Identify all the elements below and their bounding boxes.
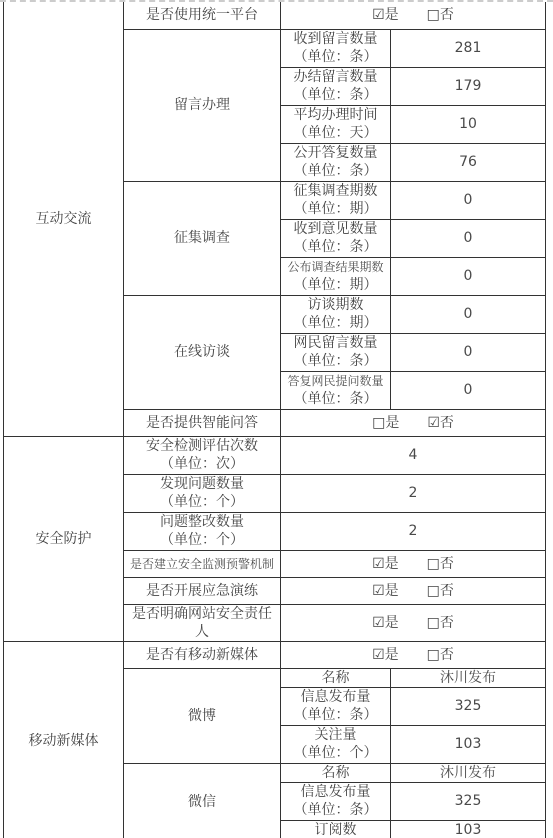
yes-checkbox: □是 [372,414,399,432]
metric-value: 0 [391,181,546,219]
yes-checkbox: ☑是 [372,646,399,664]
metric-unit: （单位：期） [283,314,388,332]
metric-label-cell: 网民留言数量 （单位：条） [281,333,391,371]
metric-unit: （单位：期） [283,200,388,218]
wechat-name-value: 沐川发布 [391,763,546,782]
metric-label-cell: 问题整改数量 （单位：个） [124,512,281,550]
metric-value: 0 [391,333,546,371]
yes-checkbox: ☑是 [372,555,399,573]
metric-unit: （单位：条） [283,801,388,819]
metric-unit: （单位：个） [283,744,388,762]
metric-label: 收到留言数量 [283,30,388,48]
group-label-online-interview: 在线访谈 [124,295,281,409]
metric-value: 103 [391,820,546,838]
metric-value: 2 [281,474,546,512]
metric-label: 网民留言数量 [283,334,388,352]
annual-report-table: 互动交流 是否使用统一平台 ☑是□否 留言办理 收到留言数量 （单位：条） 28… [3,2,546,838]
metric-label: 信息发布量 [283,688,388,706]
metric-unit: （单位：条） [283,390,388,408]
metric-label-cell: 安全检测评估次数 （单位：次） [124,436,281,474]
weibo-name-value: 沐川发布 [391,668,546,687]
metric-label: 收到意见数量 [283,220,388,238]
yes-checkbox: ☑是 [372,6,399,24]
metric-label-cell: 答复网民提问数量 （单位：条） [281,371,391,409]
metric-label: 名称 [281,763,391,782]
metric-label-cell: 发现问题数量 （单位：个） [124,474,281,512]
section-label-security: 安全防护 [4,436,124,641]
metric-label-cell: 征集调查期数 （单位：期） [281,181,391,219]
metric-unit: （单位：条） [283,706,388,724]
metric-label-cell: 收到留言数量 （单位：条） [281,29,391,67]
metric-value: 325 [391,687,546,725]
metric-label: 问题整改数量 [126,513,278,531]
metric-label: 名称 [281,668,391,687]
metric-label-cell: 信息发布量 （单位：条） [281,782,391,820]
metric-value: 281 [391,29,546,67]
metric-label: 信息发布量 [283,783,388,801]
group-label-weibo: 微博 [124,668,281,763]
has-mobile-label: 是否有移动新媒体 [124,641,281,668]
metric-unit: （单位：条） [283,352,388,370]
metric-value: 2 [281,512,546,550]
metric-unit: （单位：个） [126,531,278,549]
metric-value: 325 [391,782,546,820]
metric-label: 平均办理时间 [283,106,388,124]
smart-qa-options: □是☑否 [281,409,546,436]
report-page: 互动交流 是否使用统一平台 ☑是□否 留言办理 收到留言数量 （单位：条） 28… [0,0,553,838]
security-owner-label: 是否明确网站安全责任人 [124,604,281,641]
metric-label-cell: 信息发布量 （单位：条） [281,687,391,725]
emergency-drill-label: 是否开展应急演练 [124,577,281,604]
metric-value: 76 [391,143,546,181]
section-label-interaction: 互动交流 [4,2,124,436]
metric-label: 订阅数 [281,820,391,838]
metric-unit: （单位：期） [283,276,388,294]
metric-label: 征集调查期数 [283,182,388,200]
metric-unit: （单位：条） [283,86,388,104]
table-row: 移动新媒体 是否有移动新媒体 ☑是□否 [4,641,546,668]
no-checkbox: ☑否 [427,414,454,432]
metric-unit: （单位：条） [283,48,388,66]
metric-value: 0 [391,295,546,333]
emergency-drill-options: ☑是□否 [281,577,546,604]
security-owner-options: ☑是□否 [281,604,546,641]
metric-label-cell: 平均办理时间 （单位：天） [281,105,391,143]
section-label-mobile: 移动新媒体 [4,641,124,838]
group-label-message-handling: 留言办理 [124,29,281,181]
security-monitor-options: ☑是□否 [281,550,546,577]
metric-label: 安全检测评估次数 [126,437,278,455]
metric-unit: （单位：条） [283,162,388,180]
metric-label: 访谈期数 [283,296,388,314]
has-mobile-options: ☑是□否 [281,641,546,668]
metric-value: 179 [391,67,546,105]
group-label-survey: 征集调查 [124,181,281,295]
metric-value: 0 [391,219,546,257]
metric-label-cell: 收到意见数量 （单位：条） [281,219,391,257]
yes-checkbox: ☑是 [372,582,399,600]
metric-label: 答复网民提问数量 [283,372,388,390]
no-checkbox: □否 [427,555,454,573]
no-checkbox: □否 [427,614,454,632]
unified-platform-label: 是否使用统一平台 [124,2,281,29]
metric-value: 4 [281,436,546,474]
yes-checkbox: ☑是 [372,614,399,632]
metric-label-cell: 关注量 （单位：个） [281,725,391,763]
metric-value: 103 [391,725,546,763]
metric-label: 办结留言数量 [283,68,388,86]
metric-unit: （单位：条） [283,238,388,256]
no-checkbox: □否 [427,582,454,600]
no-checkbox: □否 [427,6,454,24]
metric-label-cell: 公开答复数量 （单位：条） [281,143,391,181]
security-monitor-label: 是否建立安全监测预警机制 [124,550,281,577]
smart-qa-label: 是否提供智能问答 [124,409,281,436]
metric-unit: （单位：天） [283,124,388,142]
metric-value: 0 [391,371,546,409]
metric-value: 10 [391,105,546,143]
metric-label: 关注量 [283,726,388,744]
table-row: 安全防护 安全检测评估次数 （单位：次） 4 [4,436,546,474]
metric-label-cell: 办结留言数量 （单位：条） [281,67,391,105]
table-row: 互动交流 是否使用统一平台 ☑是□否 [4,2,546,29]
no-checkbox: □否 [427,646,454,664]
metric-label-cell: 访谈期数 （单位：期） [281,295,391,333]
metric-unit: （单位：次） [126,455,278,473]
metric-label: 发现问题数量 [126,475,278,493]
metric-label-cell: 公布调查结果期数 （单位：期） [281,257,391,295]
unified-platform-options: ☑是□否 [281,2,546,29]
metric-label: 公开答复数量 [283,144,388,162]
metric-label: 公布调查结果期数 [283,258,388,276]
metric-value: 0 [391,257,546,295]
group-label-wechat: 微信 [124,763,281,838]
metric-unit: （单位：个） [126,493,278,511]
